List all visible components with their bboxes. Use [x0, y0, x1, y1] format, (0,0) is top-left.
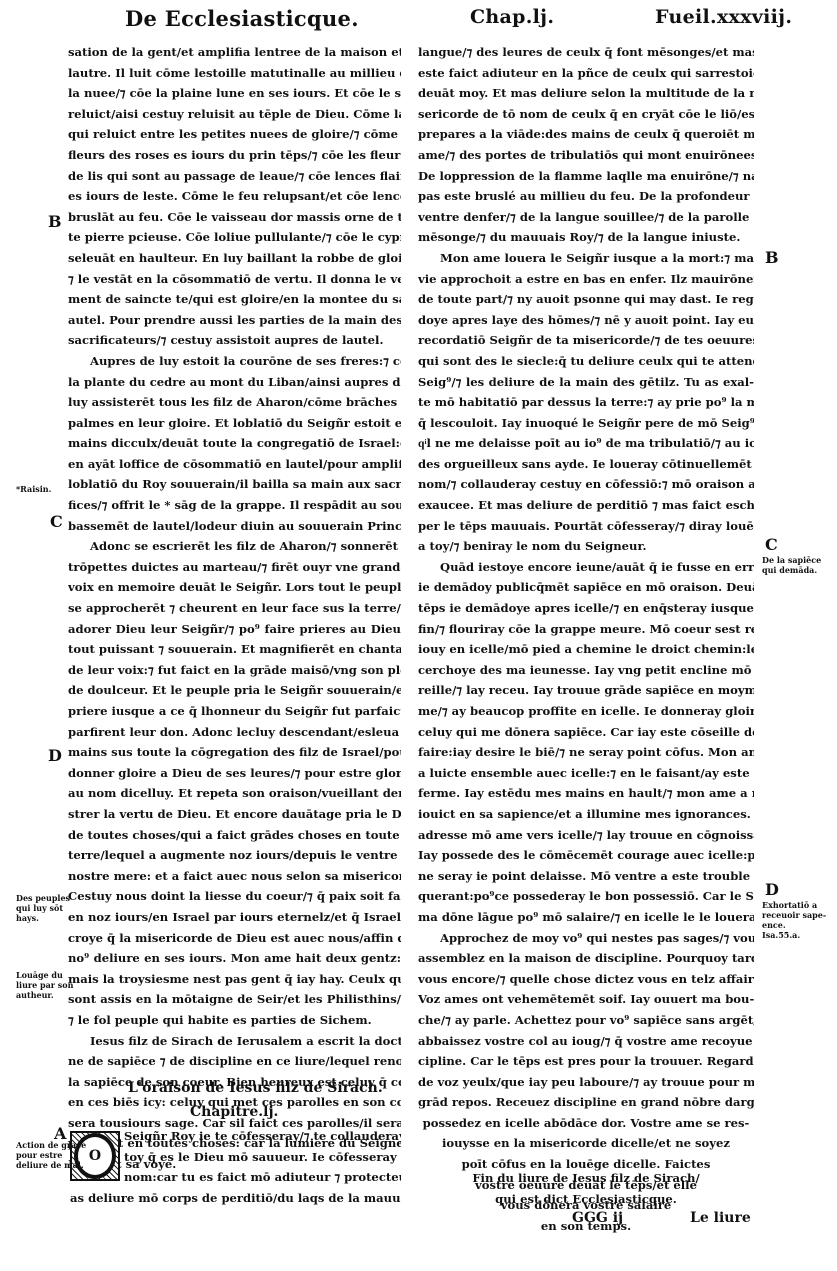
- margin-letter-c: C: [50, 512, 63, 531]
- margin-note-sapience: De la sapiēce qui demāda.: [762, 555, 821, 575]
- text-line: qui reluict entre les petites nuees de g…: [68, 124, 401, 145]
- text-line: no⁹ deliure en ses iours. Mon ame hait d…: [68, 948, 401, 969]
- text-line: la plante du cedre au mont du Liban/ains…: [68, 372, 401, 393]
- note-line: ence.: [762, 920, 826, 930]
- chapter-label: Chap.lj.: [470, 6, 554, 28]
- text-line: langue/⁊ des leures de ceulx q̄ font mēs…: [418, 42, 754, 63]
- text-line: fices/⁊ offrit le * sāg de la grappe. Il…: [68, 495, 401, 516]
- text-line: a toy/⁊ beniray le nom du Seigneur.: [418, 536, 754, 557]
- text-line: Iesus filz de Sirach de Ierusalem a escr…: [68, 1031, 401, 1052]
- text-line: possedez en icelle abōdāce dor. Vostre a…: [418, 1113, 754, 1134]
- text-line: exaucee. Et mas deliure de perditiō ⁊ ma…: [418, 495, 754, 516]
- text-line: sericorde de tō nom de ceulx q̄ en cryāt…: [418, 104, 754, 125]
- text-line: tout puissant ⁊ souuerain. Et magnifierē…: [68, 639, 401, 660]
- text-line: reille/⁊ lay receu. Iay trouue grāde sap…: [418, 680, 754, 701]
- text-line: Adonc se escrierēt les filz de Aharon/⁊ …: [68, 536, 401, 557]
- text-line: Voz ames ont vehemētemēt soif. Iay ouuer…: [418, 989, 754, 1010]
- text-line: Iay possede des le cōmēcemēt courage aue…: [418, 845, 754, 866]
- text-line: pas este bruslé au millieu du feu. De la…: [418, 186, 754, 207]
- text-line: iouy en icelle/mō pied a chemine le droi…: [418, 639, 754, 660]
- text-line: iouict en sa sapience/et a illumine mes …: [418, 804, 754, 825]
- note-line: De la sapiēce: [762, 555, 821, 565]
- text-line: nostre mere: et a faict auec nous selon …: [68, 866, 401, 887]
- text-line: ne seray ie point delaisse. Mō ventre a …: [418, 866, 754, 887]
- note-line: Louāge du: [16, 970, 73, 980]
- text-line: sation de la gent/et amplifia lentree de…: [68, 42, 401, 63]
- text-line: priere iusque a ce q̄ lhonneur du Seigñr…: [68, 701, 401, 722]
- text-line: palmes en leur gloire. Et loblatiō du Se…: [68, 413, 401, 434]
- text-line: luy assisterēt tous les filz de Aharon/c…: [68, 392, 401, 413]
- colophon: Fin du liure de Iesus filz de Sirach/ qu…: [418, 1168, 754, 1209]
- text-line: fin/⁊ flouriray cōe la grappe meure. Mō …: [418, 619, 754, 640]
- text-line: as deliure mō corps de perditiō/du laqs …: [70, 1188, 401, 1209]
- text-line: prepares a la viāde:des mains de ceulx q…: [418, 124, 754, 145]
- note-line: hays.: [16, 913, 70, 923]
- text-line: de leur voix:⁊ fut faict en la grāde mai…: [68, 660, 401, 681]
- text-line: te mō habitatiō par dessus la terre:⁊ ay…: [418, 392, 754, 413]
- text-line: Seig⁹/⁊ les deliure de la main des gētil…: [418, 372, 754, 393]
- text-line: toy q̄ es le Dieu mō sauueur. Ie cōfesse…: [124, 1147, 401, 1168]
- text-line: mēsonge/⁊ du mauuais Roy/⁊ de la langue …: [418, 227, 754, 248]
- text-line: vie approchoit a estre en bas en enfer. …: [418, 269, 754, 290]
- text-line: faire:iay desire le biē/⁊ ne seray point…: [418, 742, 754, 763]
- text-line: reluict/aisi cestuy reluisit au tēple de…: [68, 104, 401, 125]
- text-line: deuāt moy. Et mas deliure selon la multi…: [418, 83, 754, 104]
- text-line: me/⁊ ay beaucop proffite en icelle. Ie d…: [418, 701, 754, 722]
- text-line: mains dicculx/deuāt toute la congregatiō…: [68, 433, 401, 454]
- text-line: doye apres laye des hōmes/⁊ nē y auoit p…: [418, 310, 754, 331]
- text-line: fleurs des roses es iours du prin tēps/⁊…: [68, 145, 401, 166]
- running-title: De Ecclesiasticque.: [125, 6, 359, 31]
- text-line: strer la vertu de Dieu. Et encore dauāta…: [68, 804, 401, 825]
- text-line: croye q̄ la misericorde de Dieu est auec…: [68, 928, 401, 949]
- text-line: Seigñr Roy ie te cōfesseray/⁊ te collaud…: [124, 1126, 401, 1147]
- text-line: terre/lequel a augmente noz iours/depuis…: [68, 845, 401, 866]
- note-line: pour estre: [16, 1150, 86, 1160]
- text-line: de doulceur. Et le peuple pria le Seigñr…: [68, 680, 401, 701]
- text-line: Cestuy nous doint la liesse du coeur/⁊ q…: [68, 886, 401, 907]
- margin-letter-b: B: [48, 212, 62, 231]
- text-line: ferme. Iay estēdu mes mains en hault/⁊ m…: [418, 783, 754, 804]
- text-line: Approchez de moy vo⁹ qui nestes pas sage…: [418, 928, 754, 949]
- note-line: qui luy sōt: [16, 903, 70, 913]
- text-line: ⁊ le vestāt en la cōsommatiō de vertu. I…: [68, 269, 401, 290]
- book-page: De Ecclesiasticque. Chap.lj. Fueil.xxxvi…: [0, 0, 837, 1271]
- text-line: tēps ie demādoye apres icelle/⁊ en enq̄s…: [418, 598, 754, 619]
- margin-letter-c-right: C: [765, 535, 778, 554]
- text-line: cerchoye des ma ieunesse. Iay vng petit …: [418, 660, 754, 681]
- text-line: de toute part/⁊ ny auoit psonne qui may …: [418, 289, 754, 310]
- oraison-heading: L'oraison de Iesus filz de Sirach.: [128, 1080, 383, 1096]
- text-line: a luicte ensemble auec icelle:⁊ en le fa…: [418, 763, 754, 784]
- text-line: este faict adiuteur en la pñce de ceulx …: [418, 63, 754, 84]
- text-line: assemblez en la maison de discipline. Po…: [418, 948, 754, 969]
- text-line: ventre denfer/⁊ de la langue souillee/⁊ …: [418, 207, 754, 228]
- text-line: ⁊ le fol peuple qui habite es parties de…: [68, 1010, 401, 1031]
- text-line: celuy qui me dōnera sapiēce. Car iay est…: [418, 722, 754, 743]
- margin-letter-b-right: B: [765, 248, 779, 267]
- text-line: recordatiō Seigñr de ta misericorde/⁊ de…: [418, 330, 754, 351]
- note-line: deliure de mal.: [16, 1160, 86, 1170]
- text-line: de lis qui sont au passage de leaue/⁊ cō…: [68, 166, 401, 187]
- text-line: bruslāt au feu. Cōe le vaisseau dor mass…: [68, 207, 401, 228]
- text-line: sont assis en la mōtaigne de Seir/et les…: [68, 989, 401, 1010]
- prayer-opening: Seigñr Roy ie te cōfesseray/⁊ te collaud…: [124, 1126, 401, 1188]
- margin-note-action: Action de grace pour estre deliure de ma…: [16, 1140, 86, 1170]
- signature-mark: GGG ij: [572, 1210, 623, 1226]
- text-line: querant:po⁹ce possederay le bon possessi…: [418, 886, 754, 907]
- right-text-column: langue/⁊ des leures de ceulx q̄ font mēs…: [418, 42, 754, 1236]
- note-line: Action de grace: [16, 1140, 86, 1150]
- margin-note-louange: Louāge du liure par son autheur.: [16, 970, 73, 1000]
- note-line: Des peuples: [16, 893, 70, 903]
- text-line: nom:car tu es faict mō adiuteur ⁊ protec…: [124, 1167, 401, 1188]
- text-line: ie demādoy publicq̄mēt sapiēce en mō ora…: [418, 577, 754, 598]
- text-line: ame/⁊ des portes de tribulatiōs qui mont…: [418, 145, 754, 166]
- text-line: qͥl ne me delaisse poīt au io⁹ de ma tri…: [418, 433, 754, 454]
- text-line: nom/⁊ collauderay cestuy en cōfessiō:⁊ m…: [418, 474, 754, 495]
- text-line: seleuāt en haulteur. En luy baillant la …: [68, 248, 401, 269]
- text-line: De loppression de la flamme laqlle ma en…: [418, 166, 754, 187]
- text-line: che/⁊ ay parle. Achettez pour vo⁹ sapiēc…: [418, 1010, 754, 1031]
- text-line: Mon ame louera le Seigñr iusque a la mor…: [418, 248, 754, 269]
- note-line: qui demāda.: [762, 565, 821, 575]
- text-line: bassemēt de lautel/lodeur diuin au souue…: [68, 516, 401, 537]
- note-line: Exhortatiō a: [762, 900, 826, 910]
- text-line: es iours de leste. Cōme le feu relupsant…: [68, 186, 401, 207]
- left-text-column: sation de la gent/et amplifia lentree de…: [68, 42, 401, 1175]
- margin-note-peuples: Des peuples qui luy sōt hays.: [16, 893, 70, 923]
- text-line: lautre. Il luit cōme lestoille matutinal…: [68, 63, 401, 84]
- text-line: iouysse en la misericorde dicelle/et ne …: [418, 1133, 754, 1154]
- text-line: en noz iours/en Israel par iours eternel…: [68, 907, 401, 928]
- text-line: de toutes choses/qui a faict grādes chos…: [68, 825, 401, 846]
- text-line: de voz yeulx/que iay peu laboure/⁊ ay tr…: [418, 1072, 754, 1093]
- chapter-heading: Chapitre.lj.: [190, 1104, 278, 1120]
- text-line: ment de saincte te/qui est gloire/en la …: [68, 289, 401, 310]
- text-line: mais la troysiesme nest pas gent q̄ iay …: [68, 969, 401, 990]
- text-line: au nom dicelluy. Et repeta son oraison/v…: [68, 783, 401, 804]
- text-line: q̄ lescouloit. Iay inuoqué le Seigñr per…: [418, 413, 754, 434]
- folio-number: Fueil.xxxviij.: [655, 6, 792, 28]
- catchword: Le liure: [690, 1210, 751, 1226]
- text-line: cipline. Car le tēps est pres pour la tr…: [418, 1051, 754, 1072]
- text-line: abbaissez vostre col au ioug/⁊ q̄ vostre…: [418, 1031, 754, 1052]
- text-line: te pierre pcieuse. Cōe loliue pullulante…: [68, 227, 401, 248]
- margin-letter-d-right: D: [765, 880, 779, 899]
- text-line: ne de sapiēce ⁊ de discipline en ce liur…: [68, 1051, 401, 1072]
- note-line: Isa.55.a.: [762, 930, 826, 940]
- text-line: grād repos. Receuez discipline en grand …: [418, 1092, 754, 1113]
- note-line: receuoir sape-: [762, 910, 826, 920]
- note-line: autheur.: [16, 990, 73, 1000]
- text-line: adorer Dieu leur Seigñr/⁊ po⁹ faire prie…: [68, 619, 401, 640]
- text-line: loblatiō du Roy souuerain/il bailla sa m…: [68, 474, 401, 495]
- text-line: autel. Pour prendre aussi les parties de…: [68, 310, 401, 331]
- text-line: la nuee/⁊ cōe la plaine lune en ses iour…: [68, 83, 401, 104]
- text-line: ma dōne lāgue po⁹ mō salaire/⁊ en icelle…: [418, 907, 754, 928]
- text-line: trōpettes duictes au marteau/⁊ firēt ouy…: [68, 557, 401, 578]
- margin-letter-d: D: [48, 746, 62, 765]
- text-line: des orgueilleux sans ayde. Ie loueray cō…: [418, 454, 754, 475]
- text-line: voix en memoire deuāt le Seigñr. Lors to…: [68, 577, 401, 598]
- margin-note-exhortation: Exhortatiō a receuoir sape- ence. Isa.55…: [762, 900, 826, 940]
- margin-note-sang: *Raisin.: [16, 484, 51, 494]
- note-line: liure par son: [16, 980, 73, 990]
- text-line: mains sus toute la cōgregation des filz …: [68, 742, 401, 763]
- text-line: donner gloire a Dieu de ses leures/⁊ pou…: [68, 763, 401, 784]
- text-line: parfirent leur don. Adonc lecluy descend…: [68, 722, 401, 743]
- text-line: Aupres de luy estoit la courōne de ses f…: [68, 351, 401, 372]
- text-line: per le tēps mauuais. Pourtāt cōfesseray/…: [418, 516, 754, 537]
- text-line: Quād iestoye encore ieune/auāt q̄ ie fus…: [418, 557, 754, 578]
- text-line: vous encore/⁊ quelle chose dictez vous e…: [418, 969, 754, 990]
- text-line: qui sont des le siecle:q̄ tu deliure ceu…: [418, 351, 754, 372]
- colophon-line: Fin du liure de Iesus filz de Sirach/: [418, 1168, 754, 1189]
- text-line: sacrificateurs/⁊ cestuy assistoit aupres…: [68, 330, 401, 351]
- colophon-line: qui est dict Ecclesiasticque.: [418, 1189, 754, 1210]
- text-line: se approcherēt ⁊ cheurent en leur face s…: [68, 598, 401, 619]
- text-line: en ayāt loffice de cōsommatiō en lautel/…: [68, 454, 401, 475]
- prayer-continuation: as deliure mō corps de perditiō/du laqs …: [70, 1188, 401, 1209]
- text-line: adresse mō ame vers icelle/⁊ lay trouue …: [418, 825, 754, 846]
